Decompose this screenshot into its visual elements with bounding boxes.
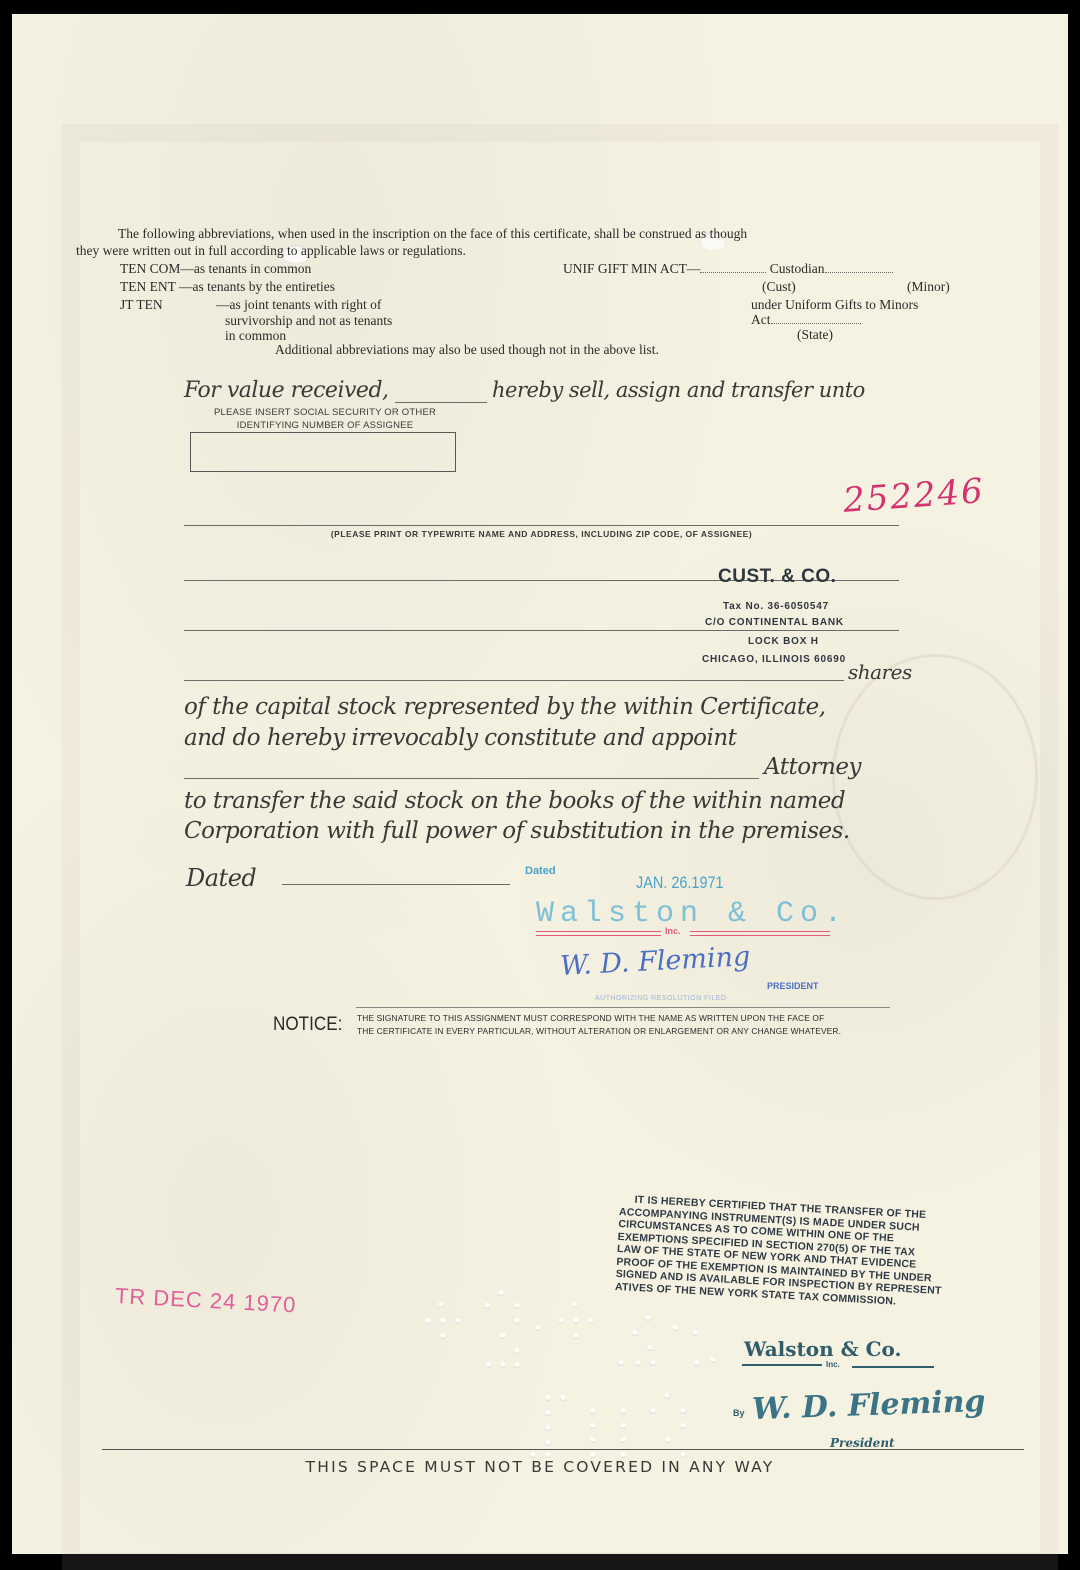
dated-stamp-label: Dated	[525, 865, 556, 877]
tax-cert-underline-left	[742, 1364, 822, 1366]
ssn-label-line1: PLEASE INSERT SOCIAL SECURITY OR OTHER	[190, 407, 460, 418]
ssn-label-line2: IDENTIFYING NUMBER OF ASSIGNEE	[190, 420, 460, 431]
tax-cert-firm: Walston & Co.	[744, 1337, 902, 1361]
assignee-stamp-care-of: C/O CONTINENTAL BANK	[705, 617, 844, 628]
assignee-stamp-name: CUST. & CO.	[718, 566, 836, 588]
assignee-stamp-city: CHICAGO, ILLINOIS 60690	[702, 654, 846, 665]
cust-caption: (Cust)	[762, 279, 796, 295]
shares-label: shares	[848, 660, 912, 684]
abbr-ten-com: TEN COM—as tenants in common	[120, 261, 311, 277]
assignee-stamp-lock-box: LOCK BOX H	[748, 636, 819, 647]
for-value-blank	[395, 402, 487, 403]
for-value-received: For value received,	[184, 378, 389, 403]
additional-abbreviations-note: Additional abbreviations may also be use…	[275, 342, 659, 358]
custodian-label: Custodian	[770, 261, 825, 276]
assignee-stamp-tax-no: Tax No. 36-6050547	[723, 601, 829, 612]
abbreviations-intro-line2: they were written out in full according …	[76, 243, 976, 259]
abbr-unif-gift-label: UNIF GIFT MIN ACT—	[563, 261, 700, 276]
tax-cert-inc: Inc.	[826, 1360, 840, 1369]
corporation-line: Corporation with full power of substitut…	[184, 818, 850, 844]
assignee-address-line-2[interactable]	[184, 630, 899, 631]
tax-cert-underline-right	[852, 1366, 934, 1368]
abbr-ten-ent: TEN ENT —as tenants by the entireties	[120, 279, 335, 295]
guarantor-underline-left	[536, 931, 661, 936]
act-label: Act	[751, 312, 771, 327]
guarantor-sub: AUTHORIZING RESOLUTION FILED	[595, 995, 726, 1002]
guarantor-underline-right	[690, 931, 830, 936]
state-caption: (State)	[797, 327, 833, 343]
tax-certification-stamp: IT IS HEREBY CERTIFIED THAT THE TRANSFER…	[615, 1193, 1030, 1314]
footer-rule	[102, 1449, 1024, 1450]
show-through-seal	[832, 654, 1038, 900]
abbr-jt-ten-line2: survivorship and not as tenants	[225, 313, 392, 329]
transfer-line: to transfer the said stock on the books …	[184, 788, 845, 814]
guarantor-title: PRESIDENT	[767, 981, 819, 991]
shares-count-line[interactable]	[184, 680, 844, 681]
minor-caption: (Minor)	[907, 279, 950, 295]
ssn-input-box[interactable]	[190, 432, 456, 472]
notice-label: NOTICE:	[273, 1014, 342, 1036]
capital-stock-line: of the capital stock represented by the …	[184, 694, 826, 720]
dated-stamp-date: JAN. 26.1971	[636, 873, 724, 893]
dated-label: Dated	[186, 864, 256, 892]
guarantor-inc: Inc.	[665, 926, 681, 936]
guarantor-firm: Walston & Co.	[536, 897, 848, 931]
abbreviations-intro-line1: The following abbreviations, when used i…	[118, 226, 998, 242]
act-line: Act	[751, 312, 861, 328]
attorney-name-line[interactable]	[184, 778, 759, 779]
constitute-line: and do hereby irrevocably constitute and…	[184, 725, 736, 751]
tax-cert-title: President	[830, 1436, 895, 1450]
ugma-line: under Uniform Gifts to Minors	[751, 297, 918, 313]
tax-cert-by: By	[733, 1408, 745, 1418]
abbr-jt-ten-label: JT TEN	[120, 297, 163, 313]
minor-blank	[825, 272, 893, 273]
assignee-name-line[interactable]	[184, 525, 899, 526]
attorney-label: Attorney	[764, 754, 861, 780]
notice-line1: THE SIGNATURE TO THIS ASSIGNMENT MUST CO…	[357, 1013, 824, 1023]
dated-line[interactable]	[282, 884, 510, 885]
state-blank	[771, 323, 861, 324]
footer-notice: THIS SPACE MUST NOT BE COVERED IN ANY WA…	[140, 1458, 940, 1476]
notice-line2: THE CERTIFICATE IN EVERY PARTICULAR, WIT…	[357, 1026, 841, 1036]
name-address-caption: (PLEASE PRINT OR TYPEWRITE NAME AND ADDR…	[184, 529, 899, 539]
abbr-jt-ten-line1: —as joint tenants with right of	[216, 297, 381, 313]
abbr-unif-gift: UNIF GIFT MIN ACT— Custodian	[563, 261, 893, 277]
signature-line[interactable]	[356, 1007, 890, 1008]
hereby-sell-assign: hereby sell, assign and transfer unto	[492, 378, 865, 402]
cust-blank	[700, 272, 766, 273]
